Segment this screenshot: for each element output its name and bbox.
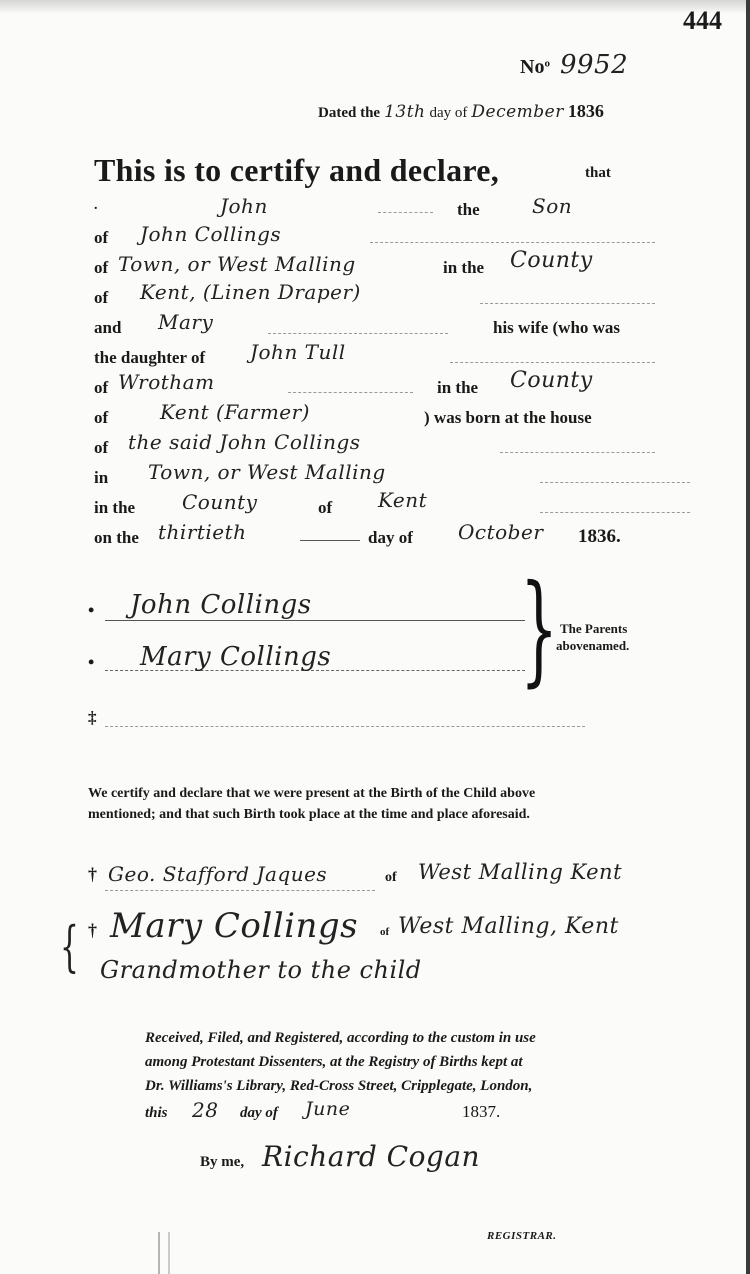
registration-line1: Received, Filed, and Registered, accordi…: [145, 1030, 536, 1047]
label-in: in: [94, 468, 108, 488]
birth-county-word: County: [182, 490, 257, 514]
page-number: 444: [683, 6, 722, 36]
witness-brace: {: [60, 915, 79, 978]
registration-year: 1837.: [462, 1102, 500, 1122]
child-name: John: [220, 194, 268, 218]
label-and: and: [94, 318, 121, 338]
mother-name: Mary: [158, 310, 213, 334]
father-county-word: County: [510, 248, 593, 273]
witness-2-note: Grandmother to the child: [100, 956, 422, 984]
label-of: of: [318, 498, 332, 518]
mother-county-word: County: [510, 368, 593, 393]
witness-declaration-line2: mentioned; and that such Birth took plac…: [88, 807, 530, 823]
margin-marks: [158, 1232, 170, 1274]
label-on-the: on the: [94, 528, 139, 548]
parents-brace: }: [520, 570, 558, 690]
label-of: of: [94, 288, 108, 308]
registration-day: 28: [192, 1098, 218, 1122]
label-his-wife: his wife (who was: [493, 318, 620, 338]
witness-declaration-line1: We certify and declare that we were pres…: [88, 786, 535, 802]
by-me-label: By me,: [200, 1154, 244, 1171]
rule: [268, 333, 448, 334]
father-signature: John Collings: [130, 590, 312, 620]
bullet-marker: •: [88, 600, 94, 621]
label-of: of: [94, 378, 108, 398]
label-the: the: [457, 200, 480, 220]
father-name: John Collings: [140, 222, 281, 246]
rule: [500, 452, 655, 453]
dated-mid: day of: [430, 105, 468, 121]
mother-signature: Mary Collings: [140, 642, 331, 672]
witness-2-name: Mary Collings: [110, 906, 358, 946]
birth-year: 1836.: [578, 526, 621, 548]
registrar-signature: Richard Cogan: [262, 1140, 480, 1173]
number-label: No: [520, 56, 544, 78]
house-of: the said John Collings: [128, 430, 361, 454]
dated-line: Dated the 13th day of December 1836: [318, 101, 604, 122]
label-of: of: [94, 228, 108, 248]
witness-1-of: of: [385, 870, 397, 886]
label-daughter-of: the daughter of: [94, 348, 205, 368]
registration-this: this: [145, 1105, 168, 1122]
mother-father: John Tull: [250, 340, 346, 364]
signature-line: [105, 726, 585, 727]
birth-day: thirtieth: [158, 520, 247, 544]
dated-day: 13th: [384, 102, 425, 122]
dated-label: Dated the: [318, 105, 380, 121]
mother-county-occupation: Kent (Farmer): [160, 400, 310, 424]
label-in-the: in the: [443, 258, 484, 278]
mother-place: Wrotham: [118, 370, 215, 394]
certificate-title: This is to certify and declare,: [94, 152, 499, 189]
label-in-the: in the: [437, 378, 478, 398]
label-in-the: in the: [94, 498, 135, 518]
rule: [480, 303, 655, 304]
witness-2-of: of: [380, 926, 389, 938]
father-place: Town, or West Malling: [118, 252, 356, 276]
rule: [370, 242, 655, 243]
dagger-marker: †: [88, 864, 97, 885]
rule: [540, 512, 690, 513]
registration-line3: Dr. Williams's Library, Red-Cross Street…: [145, 1078, 532, 1095]
page-top-shadow: [0, 0, 750, 14]
parents-label-line2: abovenamed.: [556, 638, 629, 654]
registrar-title: REGISTRAR.: [487, 1230, 557, 1242]
rule: [288, 392, 413, 393]
birth-month: October: [458, 520, 543, 544]
label-of: of: [94, 258, 108, 278]
child-relation: Son: [532, 194, 572, 218]
rule: [540, 482, 690, 483]
title-that: that: [585, 165, 611, 182]
double-dagger-marker: ‡: [88, 708, 97, 728]
birth-place: Town, or West Malling: [148, 460, 386, 484]
father-county-occupation: Kent, (Linen Draper): [140, 280, 361, 304]
registration-line2: among Protestant Dissenters, at the Regi…: [145, 1054, 523, 1071]
birth-county: Kent: [378, 488, 427, 512]
registration-month: June: [305, 1098, 350, 1120]
label-of: of: [94, 438, 108, 458]
witness-2-place: West Malling, Kent: [398, 914, 619, 939]
label-of: of: [94, 408, 108, 428]
dated-month: December: [471, 102, 563, 122]
certificate-number: Noo 9952: [520, 50, 628, 80]
dagger-marker: †: [88, 920, 97, 941]
signature-line: [105, 620, 525, 621]
signature-line: [105, 890, 375, 891]
page-right-edge: [746, 0, 750, 1274]
witness-1-name: Geo. Stafford Jaques: [108, 862, 327, 886]
registration-day-of: day of: [240, 1105, 278, 1122]
label-day-of: day of: [368, 528, 413, 548]
witness-1-place: West Malling Kent: [418, 860, 622, 884]
rule: [450, 362, 655, 363]
label-born-at: ) was born at the house: [424, 408, 592, 428]
bullet-marker: •: [88, 652, 94, 673]
dated-year: 1836: [568, 101, 604, 121]
number-value: 9952: [560, 50, 628, 80]
parents-label-line1: The Parents: [560, 621, 627, 637]
row-dot: .: [94, 198, 98, 214]
rule: [300, 540, 360, 541]
rule: [378, 212, 433, 213]
